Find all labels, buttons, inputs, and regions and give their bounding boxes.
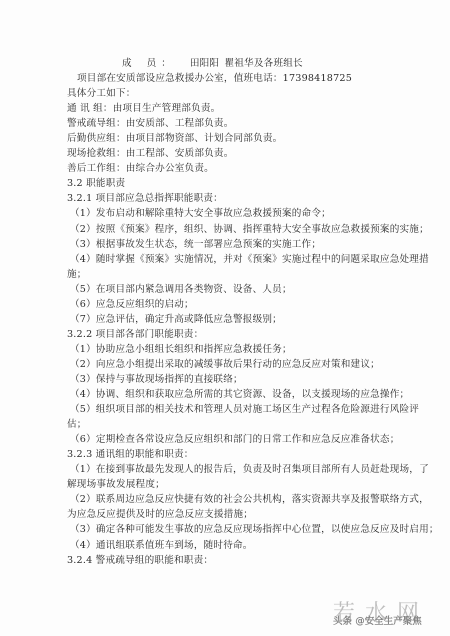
list-item: （5）在项目部内紧急调用各类物资、设备、人员； (67, 282, 407, 297)
group-line-aftermath: 善后工作组：由综合办公室负责。 (67, 161, 407, 176)
list-item: （6）应急反应组织的启动； (67, 297, 407, 312)
group-duty: 由综合办公室负责。 (126, 163, 214, 174)
section-heading-3-2-2: 3.2.2 项目部各部门职能职责： (67, 327, 407, 342)
list-item: （5）组织项目部的相关技术和管理人员对施工场区生产过程各危险源进行风险评 (67, 402, 407, 417)
list-item: （1）协助应急小组组长组织和指挥应急救援任务； (67, 342, 407, 357)
list-item: （3）保持与事故现场指挥的直接联络； (67, 372, 407, 387)
list-item: （4）随时掌握《预案》实施情况，并对《预案》实施过程中的问题采取应急处理措 (67, 252, 407, 267)
watermark-author: 头条 @安全生产聚焦 (333, 613, 422, 627)
group-name: 后勤供应组： (67, 133, 126, 144)
list-item: （3）根据事故发生状态，统一部署应急预案的实施工作； (67, 237, 407, 252)
members-role-label: 成 员： (122, 58, 176, 69)
list-item: （2）联系周边应急反应快捷有效的社会公共机构，落实资源共享及报警联络方式， (67, 492, 407, 507)
list-item: （7）应急评估，确定升高或降低应急警报级别； (67, 312, 407, 327)
group-line-guard: 警戒疏导组：由安质部、工程部负责。 (67, 116, 407, 131)
office-line: 项目部在安质部设应急救援办公室，值班电话：17398418725 (67, 71, 407, 86)
list-item: （2）按照《预案》程序，组织、协调、指挥重特大安全事故应急救援预案的实施； (67, 222, 407, 237)
list-item-continuation: 为应急反应提供及时的应急反应支援措施； (67, 507, 407, 522)
group-line-rescue: 现场抢救组：由工程部、安质部负责。 (67, 146, 407, 161)
document-page: 成 员：田阳阳 瞿祖华及各班组长 项目部在安质部设应急救援办公室，值班电话：17… (0, 0, 450, 636)
group-duty: 由工程部、安质部负责。 (126, 148, 234, 159)
list-item: （6）定期检查各常设应急反应组织和部门的日常工作和应急反应准备状态； (67, 432, 407, 447)
section-heading-3-2: 3.2 职能职责 (67, 176, 407, 191)
members-names: 田阳阳 瞿祖华及各班组长 (190, 58, 303, 69)
group-name: 善后工作组： (67, 163, 126, 174)
group-line-logistics: 后勤供应组：由项目部物资部、计划合同部负责。 (67, 131, 407, 146)
members-line: 成 员：田阳阳 瞿祖华及各班组长 (67, 56, 407, 71)
section-heading-3-2-1: 3.2.1 项目部应急总指挥职能职责： (67, 191, 407, 206)
group-name: 警戒疏导组： (67, 118, 126, 129)
list-item-continuation: 解现场事故发展程度； (67, 477, 407, 492)
section-heading-3-2-4: 3.2.4 警戒疏导组的职能和职责： (67, 553, 407, 568)
list-item-continuation: 施； (67, 267, 407, 282)
document-body: 成 员：田阳阳 瞿祖华及各班组长 项目部在安质部设应急救援办公室，值班电话：17… (67, 56, 407, 568)
list-item-continuation: 估； (67, 417, 407, 432)
watermark: 若水网 头条 @安全生产聚焦 (333, 596, 445, 634)
group-name: 通 讯 组： (67, 103, 113, 114)
division-intro: 具体分工如下： (67, 86, 407, 101)
list-item: （1）发布启动和解除重特大安全事故应急救援预案的命令； (67, 206, 407, 221)
list-item: （1）在接到事故最先发现人的报告后，负责及时召集项目部所有人员赶赴现场，了 (67, 462, 407, 477)
group-name: 现场抢救组： (67, 148, 126, 159)
group-duty: 由安质部、工程部负责。 (126, 118, 234, 129)
group-duty: 由项目生产管理部负责。 (113, 103, 221, 114)
list-item: （4）协调、组织和获取应急所需的其它资源、设备，以支援现场的应急操作； (67, 387, 407, 402)
group-duty: 由项目部物资部、计划合同部负责。 (126, 133, 283, 144)
section-heading-3-2-3: 3.2.3 通讯组的职能和职责： (67, 447, 407, 462)
list-item: （2）向应急小组提出采取的减缓事故后果行动的应急反应对策和建议； (67, 357, 407, 372)
list-item: （3）确定各种可能发生事故的应急反应现场指挥中心位置，以使应急反应及时启用； (67, 522, 407, 537)
group-line-communication: 通 讯 组：由项目生产管理部负责。 (67, 101, 407, 116)
list-item: （4）通讯组联系值班车到场，随时待命。 (67, 538, 407, 553)
